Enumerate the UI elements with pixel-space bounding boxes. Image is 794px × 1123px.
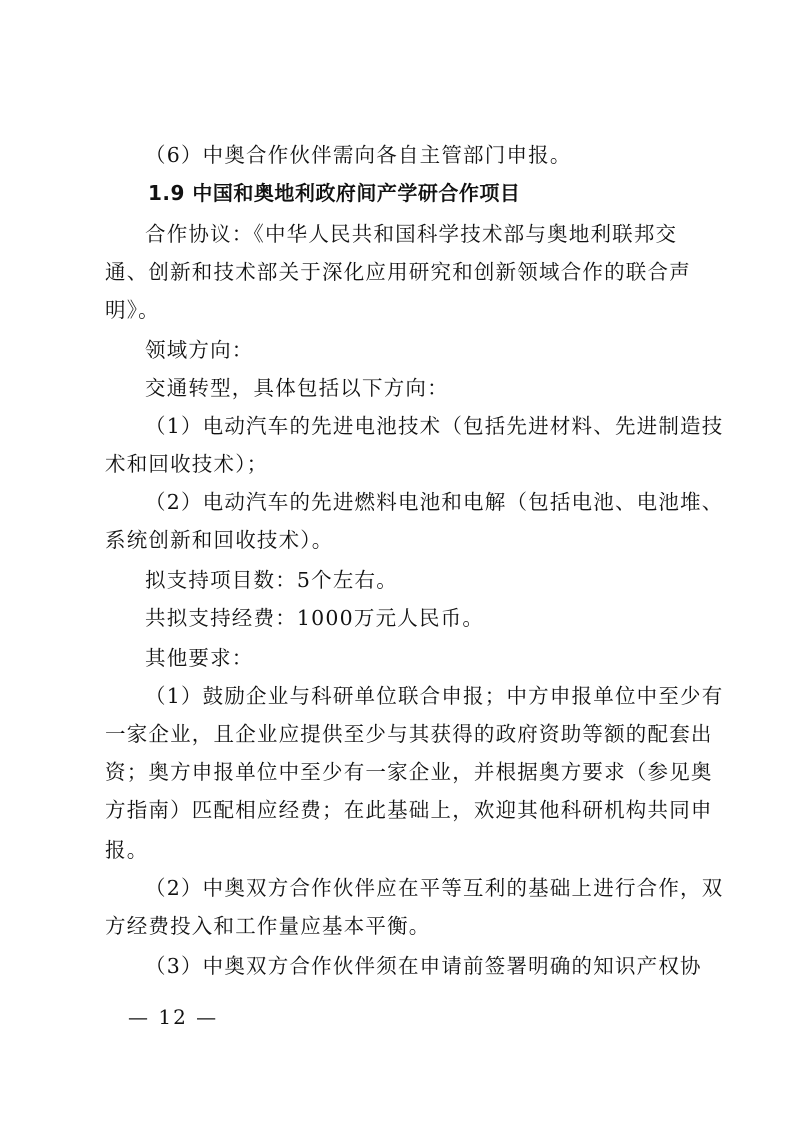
page-number: — 12 — (128, 1004, 218, 1030)
text-line: 拟支持项目数：5个左右。 (145, 567, 730, 593)
text-line: （2）电动汽车的先进燃料电池和电解（包括电池、电池堆、 (145, 489, 730, 515)
text-line: 报。 (105, 837, 690, 863)
text-line: （6）中奥合作伙伴需向各自主管部门申报。 (145, 142, 730, 168)
section-heading: 1.9 中国和奥地利政府间产学研合作项目 (148, 180, 733, 206)
text-line: 方指南）匹配相应经费；在此基础上，欢迎其他科研机构共同申 (105, 797, 690, 823)
text-line: 系统创新和回收技术）。 (105, 527, 690, 553)
text-line: 方经费投入和工作量应基本平衡。 (105, 913, 690, 939)
text-line: 通、创新和技术部关于深化应用研究和创新领域合作的联合声 (105, 259, 690, 285)
text-line: 一家企业，且企业应提供至少与其获得的政府资助等额的配套出 (105, 721, 690, 747)
text-line: （1）鼓励企业与科研单位联合申报；中方申报单位中至少有 (145, 683, 730, 709)
text-line: 交通转型，具体包括以下方向： (145, 375, 730, 401)
text-line: （1）电动汽车的先进电池技术（包括先进材料、先进制造技 (145, 413, 730, 439)
text-line: （2）中奥双方合作伙伴应在平等互利的基础上进行合作，双 (145, 875, 730, 901)
text-line: 共拟支持经费：1000万元人民币。 (145, 605, 730, 631)
text-line: 领域方向： (145, 337, 730, 363)
text-line: 其他要求： (145, 645, 730, 671)
text-line: （3）中奥双方合作伙伴须在申请前签署明确的知识产权协 (145, 953, 730, 979)
document-page: （6）中奥合作伙伴需向各自主管部门申报。1.9 中国和奥地利政府间产学研合作项目… (0, 0, 794, 1123)
text-line: 明》。 (105, 297, 690, 323)
text-line: 术和回收技术）； (105, 451, 690, 477)
text-line: 资；奥方申报单位中至少有一家企业，并根据奥方要求（参见奥 (105, 759, 690, 785)
text-line: 合作协议：《中华人民共和国科学技术部与奥地利联邦交 (145, 221, 730, 247)
